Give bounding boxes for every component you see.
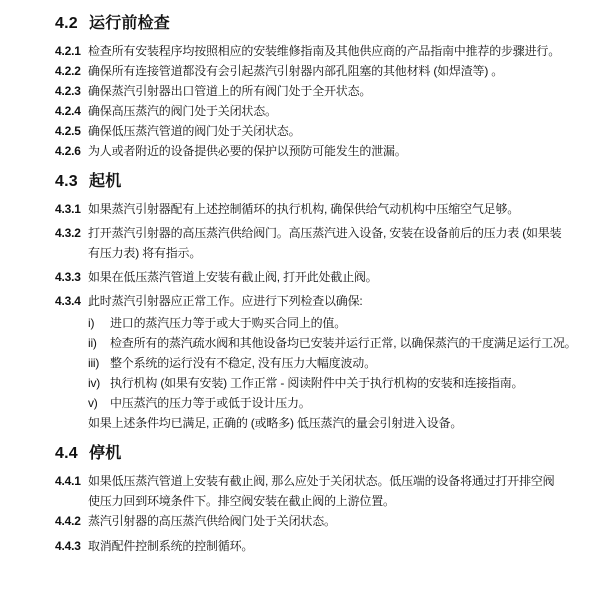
section-number: 4.2	[55, 15, 89, 33]
sublist-marker: iii)	[88, 353, 110, 373]
clause-text: 如果在低压蒸汽管道上安装有截止阀, 打开此处截止阀。	[88, 267, 377, 287]
clause-number: 4.3.3	[55, 267, 88, 287]
sublist-text: 进口的蒸汽压力等于或大于购买合同上的值。	[110, 313, 346, 333]
clause-text: 打开蒸汽引射器的高压蒸汽供给阀门。高压蒸汽进入设备, 安装在设备前后的压力表 (…	[88, 223, 561, 263]
clause-4-4-3: 4.4.3 取消配件控制系统的控制循环。	[55, 536, 611, 556]
sublist-text: 执行机构 (如果有安装) 工作正常 - 阅读附件中关于执行机构的安装和连接指南。	[110, 373, 523, 393]
clause-text: 确保蒸汽引射器出口管道上的所有阀门处于全开状态。	[88, 81, 371, 101]
sublist-marker: v)	[88, 393, 110, 413]
sublist-item-v: v) 中压蒸汽的压力等于或低于设计压力。	[88, 393, 611, 413]
clause-text: 为人或者附近的设备提供必要的保护以预防可能发生的泄漏。	[88, 141, 407, 161]
clause-4-2-4: 4.2.4 确保高压蒸汽的阀门处于关闭状态。	[55, 101, 611, 121]
sublist-item-iii: iii) 整个系统的运行没有不稳定, 没有压力大幅度波动。	[88, 353, 611, 373]
clause-number: 4.4.2	[55, 511, 88, 531]
clause-4-2-2: 4.2.2 确保所有连接管道都没有会引起蒸汽引射器内部孔阻塞的其他材料 (如焊渣…	[55, 61, 611, 81]
clause-text: 蒸汽引射器的高压蒸汽供给阀门处于关闭状态。	[88, 511, 336, 531]
sublist-marker: ii)	[88, 333, 110, 353]
sublist-marker: i)	[88, 313, 110, 333]
clause-4-3-4: 4.3.4 此时蒸汽引射器应正常工作。应进行下列检查以确保:	[55, 291, 611, 311]
sublist-marker: iv)	[88, 373, 110, 393]
clause-text: 确保所有连接管道都没有会引起蒸汽引射器内部孔阻塞的其他材料 (如焊渣等) 。	[88, 61, 503, 81]
clause-4-2-5: 4.2.5 确保低压蒸汽管道的阀门处于关闭状态。	[55, 121, 611, 141]
section-heading-4-2: 4.2运行前检查	[55, 15, 611, 33]
clause-number: 4.3.2	[55, 223, 88, 263]
clause-number: 4.2.3	[55, 81, 88, 101]
clause-4-2-6: 4.2.6 为人或者附近的设备提供必要的保护以预防可能发生的泄漏。	[55, 141, 611, 161]
clause-4-4-1: 4.4.1 如果低压蒸汽管道上安装有截止阀, 那么应处于关闭状态。低压端的设备将…	[55, 471, 611, 511]
clause-number: 4.3.4	[55, 291, 88, 311]
sublist-item-iv: iv) 执行机构 (如果有安装) 工作正常 - 阅读附件中关于执行机构的安装和连…	[88, 373, 611, 393]
clause-number: 4.2.6	[55, 141, 88, 161]
section-title: 运行前检查	[89, 15, 170, 32]
sublist-text: 中压蒸汽的压力等于或低于设计压力。	[110, 393, 311, 413]
section-number: 4.3	[55, 173, 89, 191]
clause-text: 此时蒸汽引射器应正常工作。应进行下列检查以确保:	[88, 291, 363, 311]
clause-4-2-1: 4.2.1 检查所有安装程序均按照相应的安装维修指南及其他供应商的产品指南中推荐…	[55, 41, 611, 61]
clause-text: 检查所有安装程序均按照相应的安装维修指南及其他供应商的产品指南中推荐的步骤进行。	[88, 41, 560, 61]
clause-text: 如果蒸汽引射器配有上述控制循环的执行机构, 确保供给气动机构中压缩空气足够。	[88, 199, 519, 219]
section-heading-4-3: 4.3起机	[55, 173, 611, 191]
clause-text: 如果低压蒸汽管道上安装有截止阀, 那么应处于关闭状态。低压端的设备将通过打开排空…	[88, 471, 554, 511]
sublist-item-i: i) 进口的蒸汽压力等于或大于购买合同上的值。	[88, 313, 611, 333]
section-title: 起机	[89, 173, 121, 190]
clause-4-3-1: 4.3.1 如果蒸汽引射器配有上述控制循环的执行机构, 确保供给气动机构中压缩空…	[55, 199, 611, 219]
sublist-item-ii: ii) 检查所有的蒸汽疏水阀和其他设备均已安装并运行正常, 以确保蒸汽的干度满足…	[88, 333, 611, 353]
section-number: 4.4	[55, 445, 89, 463]
clause-number: 4.4.1	[55, 471, 88, 511]
clause-number: 4.4.3	[55, 536, 88, 556]
section-heading-4-4: 4.4停机	[55, 445, 611, 463]
clause-4-2-3: 4.2.3 确保蒸汽引射器出口管道上的所有阀门处于全开状态。	[55, 81, 611, 101]
sublist-text: 检查所有的蒸汽疏水阀和其他设备均已安装并运行正常, 以确保蒸汽的干度满足运行工况…	[110, 333, 576, 353]
clause-note: 如果上述条件均已满足, 正确的 (或略多) 低压蒸汽的量会引射进入设备。	[88, 413, 588, 433]
clause-text: 确保高压蒸汽的阀门处于关闭状态。	[88, 101, 277, 121]
clause-number: 4.2.2	[55, 61, 88, 81]
clause-number: 4.2.4	[55, 101, 88, 121]
clause-4-3-2: 4.3.2 打开蒸汽引射器的高压蒸汽供给阀门。高压蒸汽进入设备, 安装在设备前后…	[55, 223, 611, 263]
clause-text: 取消配件控制系统的控制循环。	[88, 536, 253, 556]
clause-4-4-2: 4.4.2 蒸汽引射器的高压蒸汽供给阀门处于关闭状态。	[55, 511, 611, 531]
sublist-text: 整个系统的运行没有不稳定, 没有压力大幅度波动。	[110, 353, 376, 373]
document-page: 4.2运行前检查 4.2.1 检查所有安装程序均按照相应的安装维修指南及其他供应…	[0, 0, 611, 595]
clause-number: 4.2.5	[55, 121, 88, 141]
section-title: 停机	[89, 445, 121, 462]
clause-4-3-3: 4.3.3 如果在低压蒸汽管道上安装有截止阀, 打开此处截止阀。	[55, 267, 611, 287]
clause-number: 4.2.1	[55, 41, 88, 61]
clause-text: 确保低压蒸汽管道的阀门处于关闭状态。	[88, 121, 300, 141]
clause-number: 4.3.1	[55, 199, 88, 219]
